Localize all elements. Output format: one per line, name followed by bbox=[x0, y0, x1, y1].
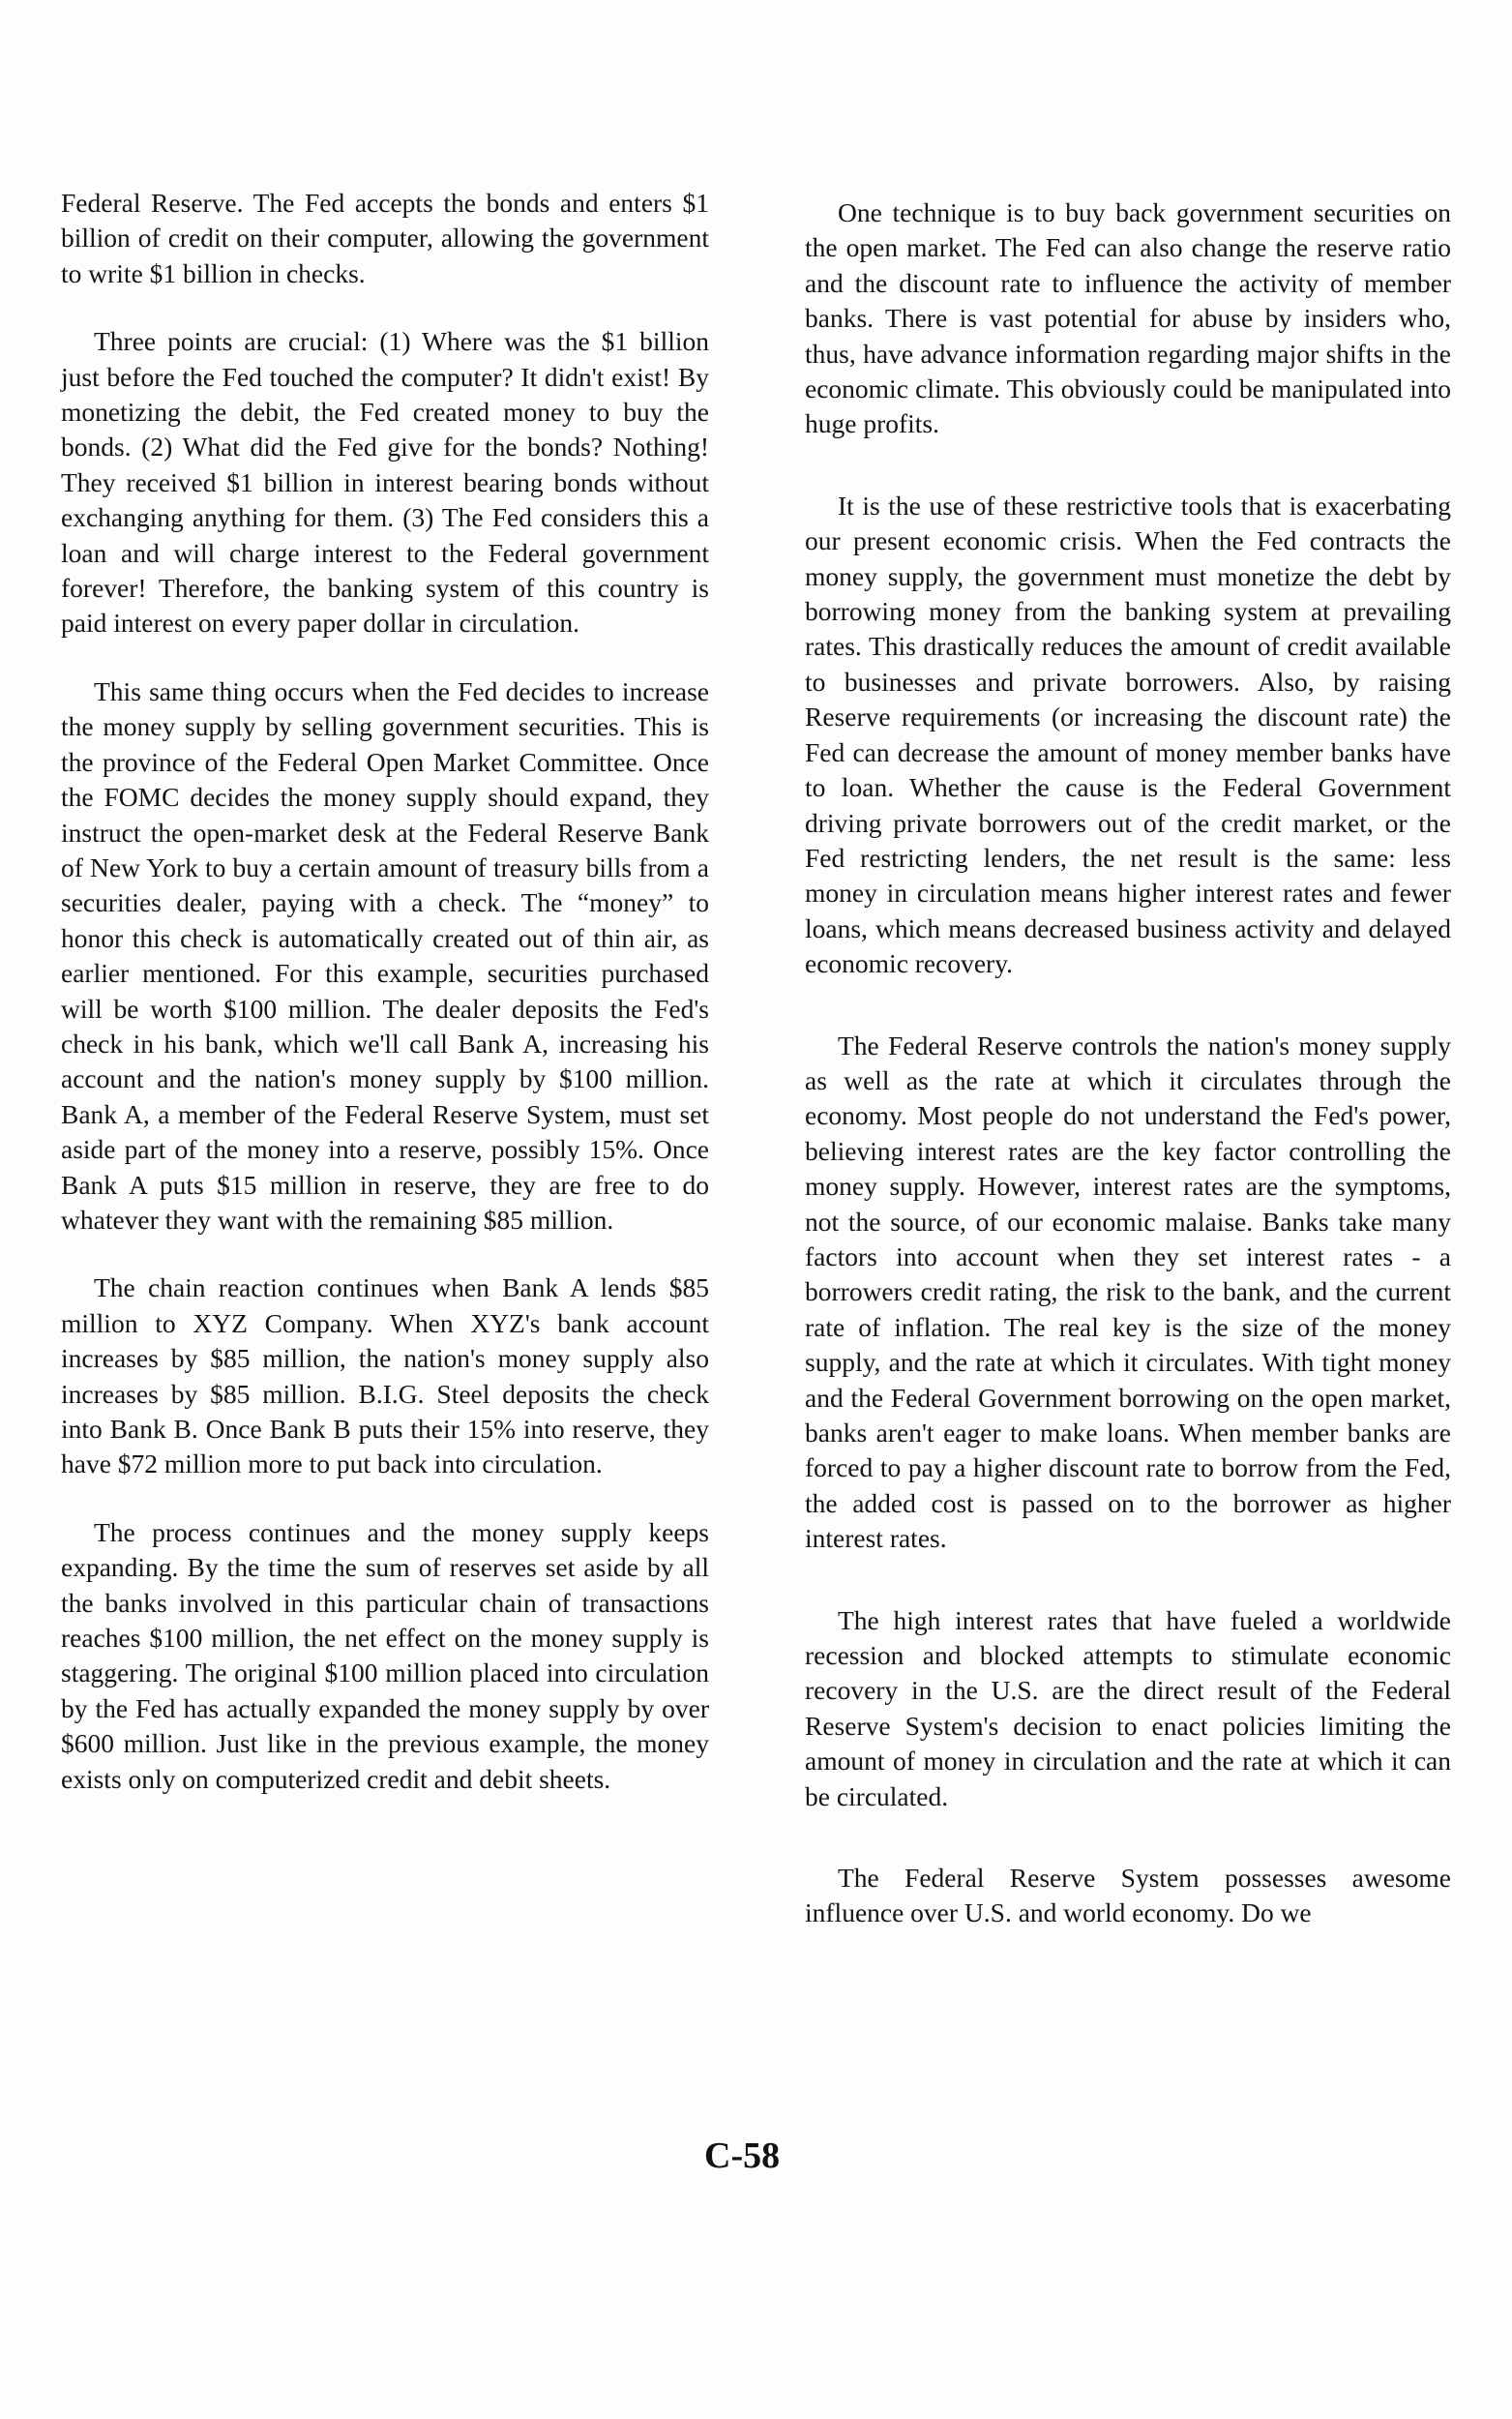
paragraph-high-interest-rates: The high interest rates that have fueled… bbox=[805, 1603, 1451, 1814]
paragraph-one-technique: One technique is to buy back government … bbox=[805, 195, 1451, 442]
paragraph-awesome-influence: The Federal Reserve System possesses awe… bbox=[805, 1861, 1451, 1931]
paragraph-fomc-example: This same thing occurs when the Fed deci… bbox=[61, 674, 709, 1239]
right-column: One technique is to buy back government … bbox=[805, 195, 1451, 1964]
paragraph-process-continues: The process continues and the money supp… bbox=[61, 1515, 709, 1797]
paragraph-continuation: Federal Reserve. The Fed accepts the bon… bbox=[61, 186, 709, 291]
paragraph-three-points: Three points are crucial: (1) Where was … bbox=[61, 324, 709, 642]
left-column: Federal Reserve. The Fed accepts the bon… bbox=[61, 186, 709, 1830]
paragraph-fed-controls: The Federal Reserve controls the nation'… bbox=[805, 1029, 1451, 1557]
paragraph-restrictive-tools: It is the use of these restrictive tools… bbox=[805, 489, 1451, 982]
paragraph-chain-reaction: The chain reaction continues when Bank A… bbox=[61, 1270, 709, 1481]
document-page: Federal Reserve. The Fed accepts the bon… bbox=[0, 0, 1512, 2419]
page-number: C-58 bbox=[704, 2135, 780, 2177]
